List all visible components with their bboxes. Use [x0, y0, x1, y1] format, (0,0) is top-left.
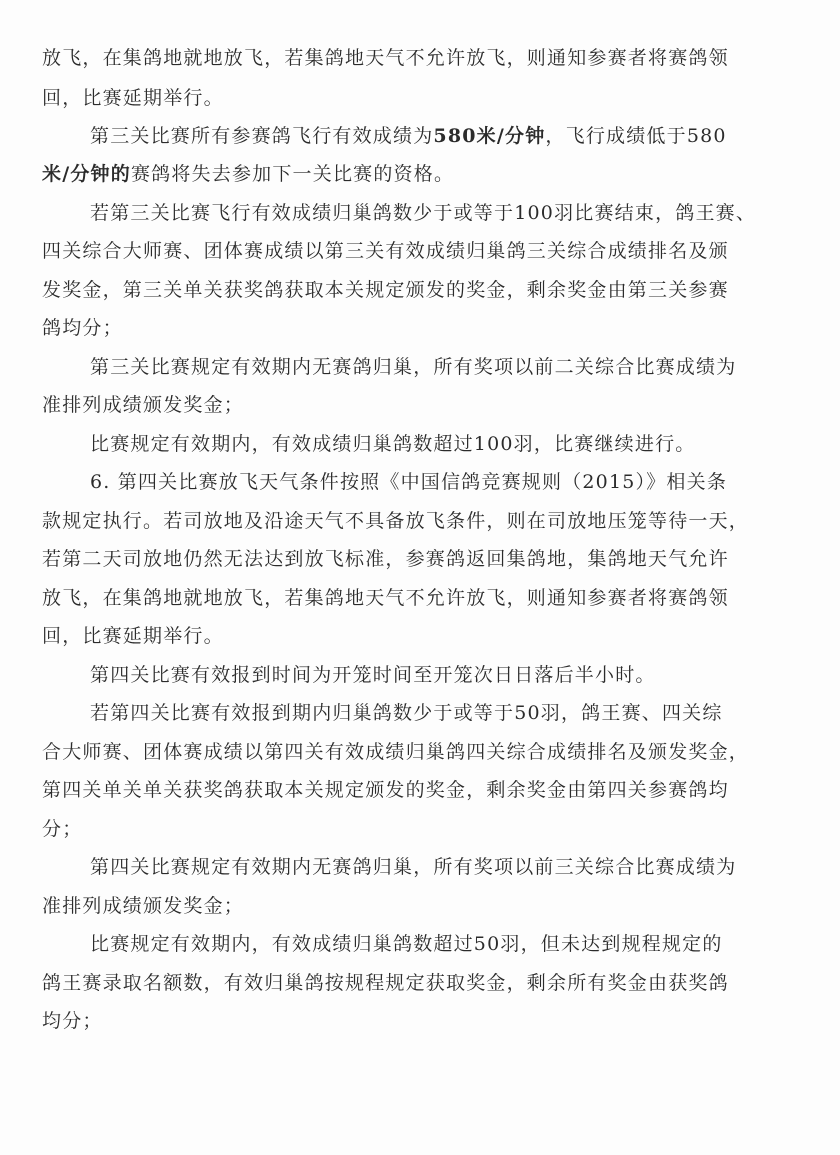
- text-line: 放飞，在集鸽地就地放飞，若集鸽地天气不允许放飞，则通知参赛者将赛鸽领: [42, 584, 729, 612]
- text-segment: 第三关比赛所有参赛鸽飞行有效成绩为: [90, 125, 433, 147]
- text-line: 6. 第四关比赛放飞天气条件按照《中国信鸽竞赛规则（2015）》相关条: [90, 468, 727, 496]
- text-line: 分；: [42, 815, 82, 843]
- text-line: 比赛规定有效期内，有效成绩归巢鸽数超过50羽，但未达到规程规定的: [90, 930, 723, 958]
- text-line: 四关综合大师赛、团体赛成绩以第三关有效成绩归巢鸽三关综合成绩排名及颁: [42, 237, 729, 265]
- text-segment: 赛鸽将失去参加下一关比赛的资格。: [131, 163, 454, 185]
- text-line: 回，比赛延期举行。: [42, 84, 224, 112]
- text-line: 比赛规定有效期内，有效成绩归巢鸽数超过100羽，比赛继续进行。: [90, 430, 695, 458]
- text-line: 米/分钟的赛鸽将失去参加下一关比赛的资格。: [42, 160, 454, 188]
- text-line: 第四关比赛规定有效期内无赛鸽归巢，所有奖项以前三关综合比赛成绩为: [90, 853, 736, 881]
- text-line: 回，比赛延期举行。: [42, 622, 224, 650]
- text-line: 鸽均分；: [42, 314, 123, 342]
- text-line: 若第二天司放地仍然无法达到放飞标准，参赛鸽返回集鸽地，集鸽地天气允许: [42, 545, 729, 573]
- bold-speed-unit: 米/分钟的: [42, 163, 131, 185]
- text-line: 放飞，在集鸽地就地放飞，若集鸽地天气不允许放飞，则通知参赛者将赛鸽领: [42, 44, 729, 72]
- text-line: 鸽王赛录取名额数，有效归巢鸽按规程规定获取奖金，剩余所有奖金由获奖鸽: [42, 969, 729, 997]
- text-segment: ，飞行成绩低于580: [545, 125, 726, 147]
- text-line: 均分；: [42, 1007, 103, 1035]
- text-line: 若第四关比赛有效报到期内归巢鸽数少于或等于50羽，鸽王赛、四关综: [90, 699, 723, 727]
- text-line: 第三关比赛规定有效期内无赛鸽归巢，所有奖项以前二关综合比赛成绩为: [90, 353, 736, 381]
- text-line: 第三关比赛所有参赛鸽飞行有效成绩为580米/分钟，飞行成绩低于580: [90, 122, 727, 150]
- text-line: 第四关比赛有效报到时间为开笼时间至开笼次日日落后半小时。: [90, 661, 656, 689]
- text-line: 第四关单关单关获奖鸽获取本关规定颁发的奖金，剩余奖金由第四关参赛鸽均: [42, 776, 729, 804]
- text-line: 准排列成绩颁发奖金；: [42, 892, 244, 920]
- text-line: 若第三关比赛飞行有效成绩归巢鸽数少于或等于100羽比赛结束，鸽王赛、: [90, 199, 756, 227]
- text-line: 合大师赛、团体赛成绩以第四关有效成绩归巢鸽四关综合成绩排名及颁发奖金，: [42, 738, 749, 766]
- text-line: 款规定执行。若司放地及沿途天气不具备放飞条件，则在司放地压笼等待一天，: [42, 507, 749, 535]
- bold-speed-value: 580米/分钟: [433, 125, 545, 147]
- text-line: 准排列成绩颁发奖金；: [42, 391, 244, 419]
- text-line: 发奖金，第三关单关获奖鸽获取本关规定颁发的奖金，剩余奖金由第三关参赛: [42, 276, 729, 304]
